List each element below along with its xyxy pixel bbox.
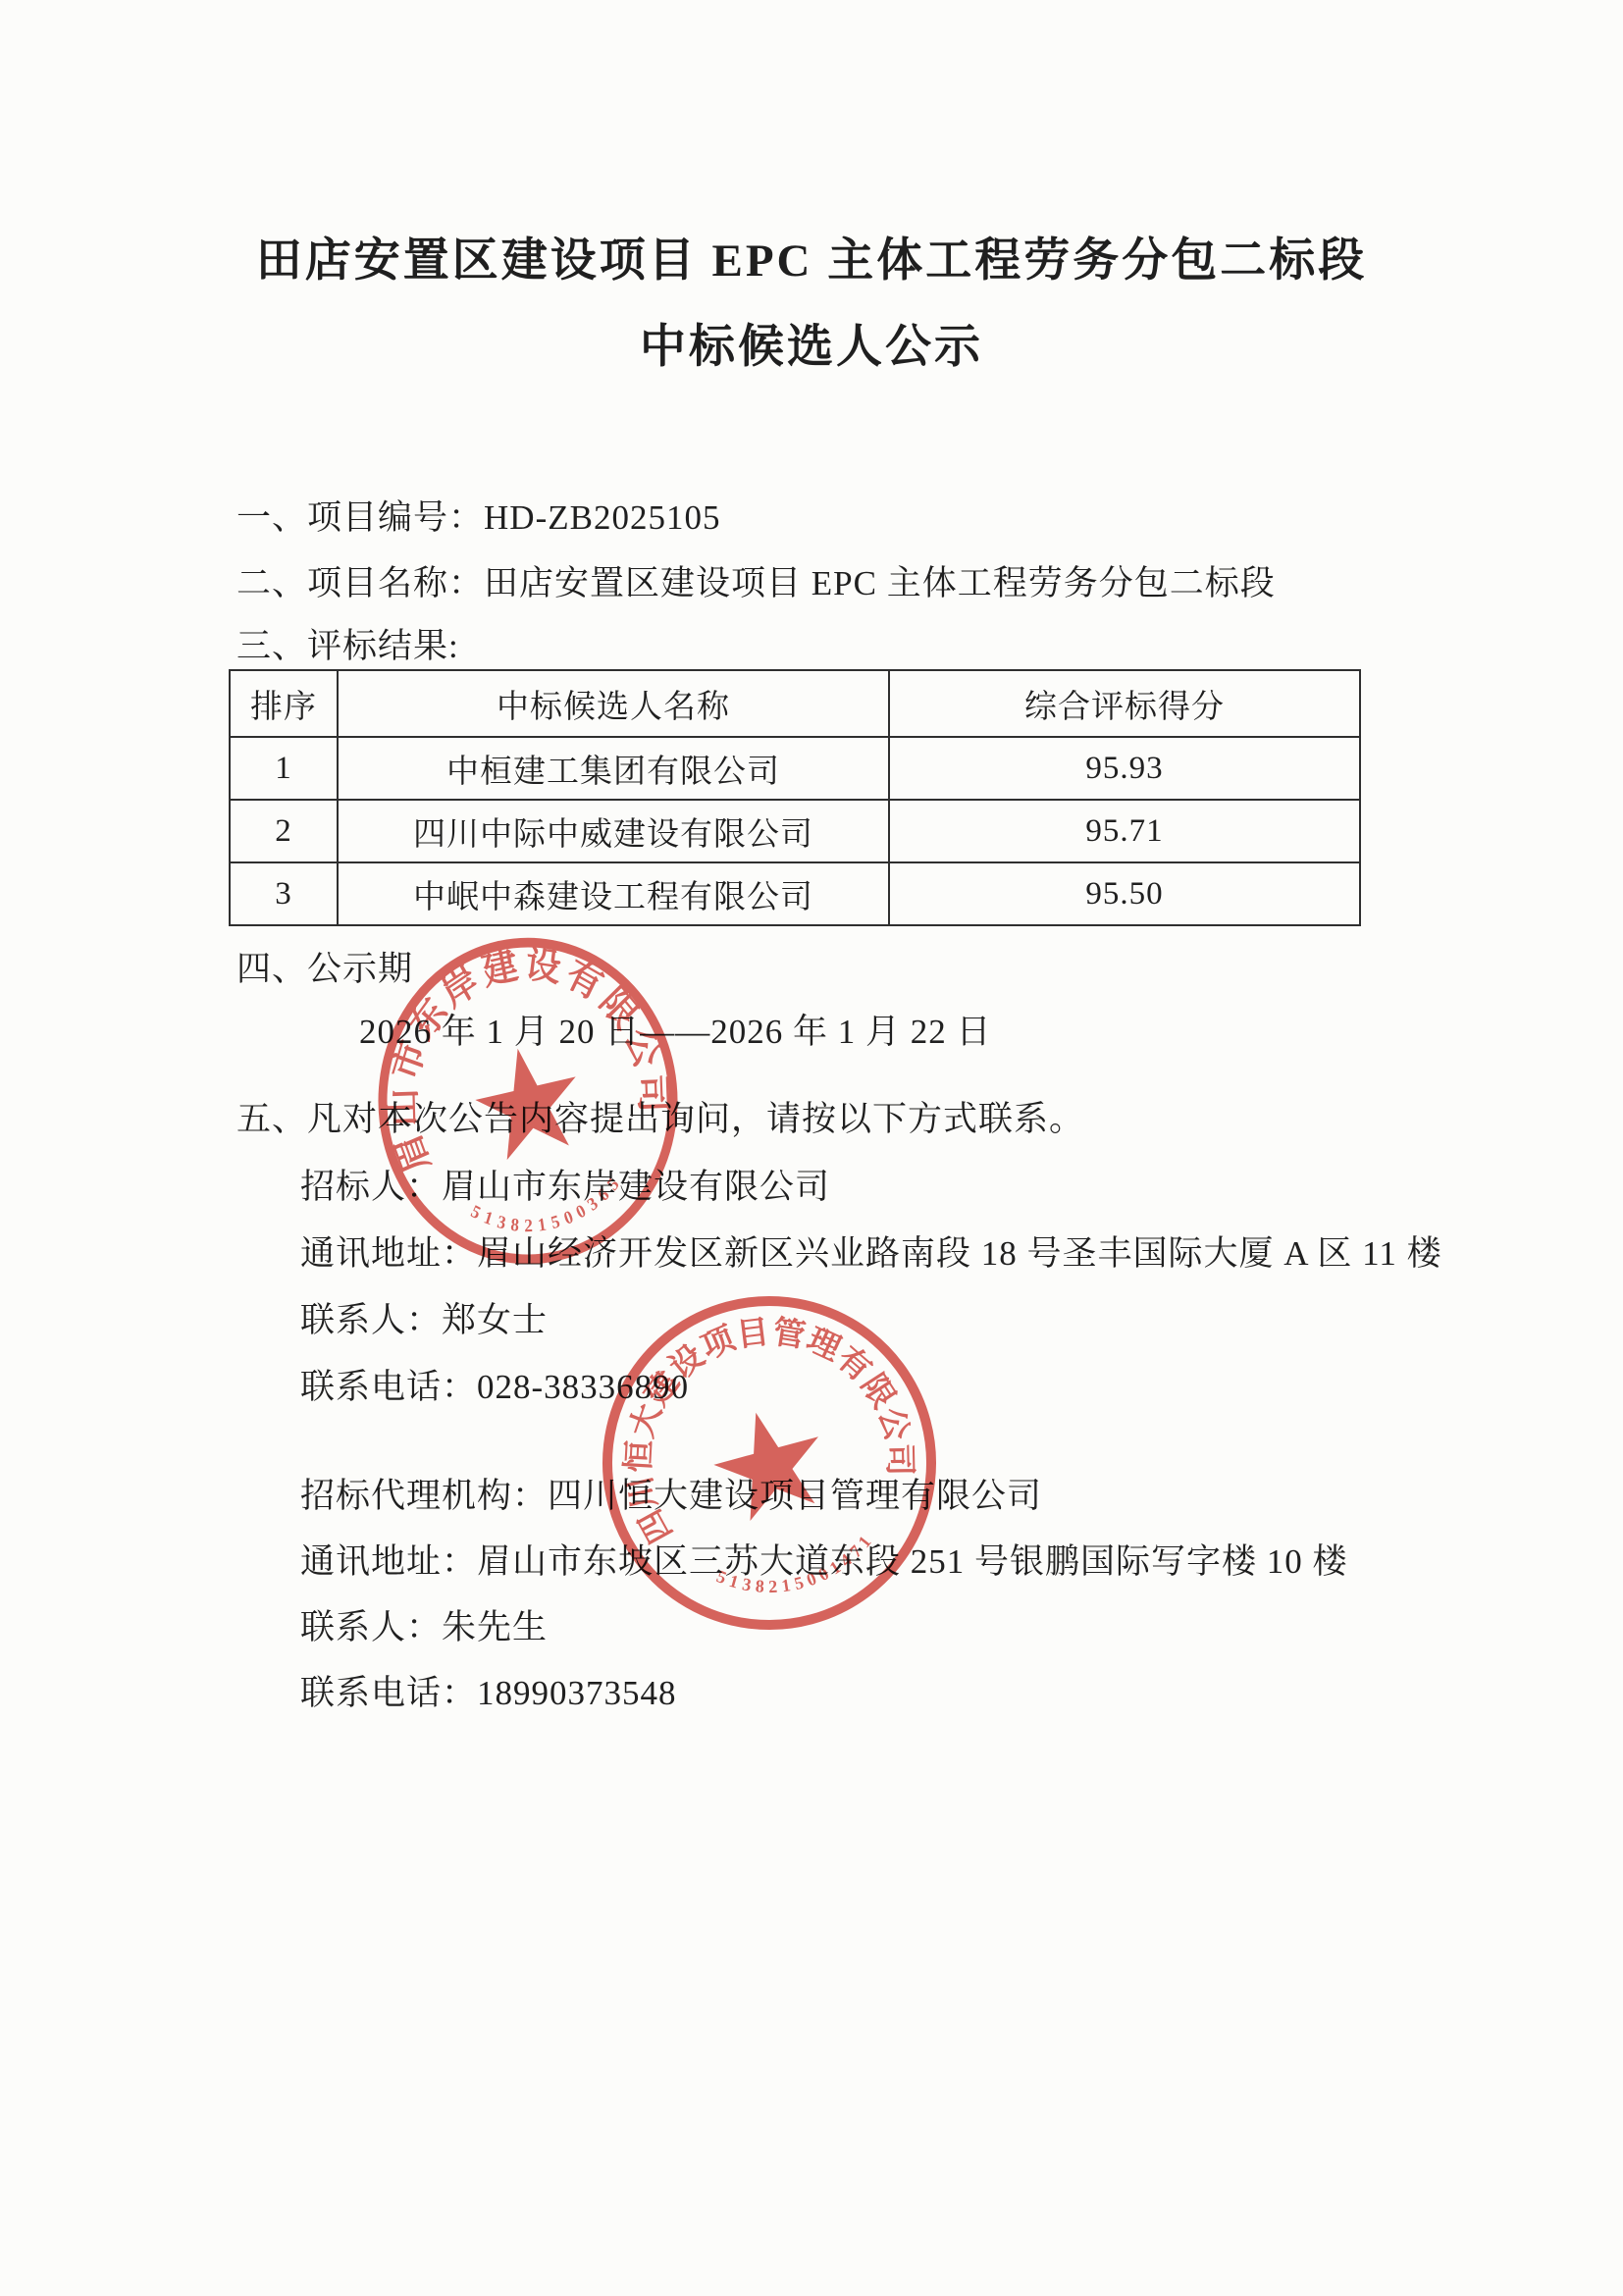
agency-contact-line: 联系人：朱先生 <box>300 1600 548 1649</box>
cell-name: 四川中际中威建设有限公司 <box>338 800 889 862</box>
eval-result-label: 三、评标结果: <box>236 627 459 665</box>
agency-address-line: 通讯地址：眉山市东坡区三苏大道东段 251 号银鹏国际写字楼 10 楼 <box>300 1535 1348 1584</box>
scanned-announcement-page: { "title": { "line1": "田店安置区建设项目 EPC 主体工… <box>0 0 1623 2296</box>
phone-label: 联系电话： <box>300 1674 477 1712</box>
cell-name: 中桓建工集团有限公司 <box>338 737 889 800</box>
address-value: 眉山经济开发区新区兴业路南段 18 号圣丰国际大厦 A 区 11 楼 <box>477 1234 1442 1273</box>
phone-value: 18990373548 <box>477 1674 677 1712</box>
publicity-period-dates: 2026 年 1 月 20 日——2026 年 1 月 22 日 <box>359 1005 992 1054</box>
page-title-line2: 中标候选人公示 <box>0 310 1623 376</box>
cell-score: 95.71 <box>889 800 1360 862</box>
address-value: 眉山市东坡区三苏大道东段 251 号银鹏国际写字楼 10 楼 <box>477 1542 1348 1581</box>
tenderer-value: 眉山市东岸建设有限公司 <box>442 1168 830 1206</box>
agency-phone-line: 联系电话：18990373548 <box>300 1666 677 1715</box>
contact-label: 联系人： <box>300 1301 442 1339</box>
project-number-line: 一、项目编号：HD-ZB2025105 <box>236 491 720 540</box>
agency-line: 招标代理机构：四川恒大建设项目管理有限公司 <box>300 1469 1042 1518</box>
table-row: 2 四川中际中威建设有限公司 95.71 <box>230 800 1360 862</box>
table-row: 1 中桓建工集团有限公司 95.93 <box>230 737 1360 800</box>
project-number-value: HD-ZB2025105 <box>484 498 720 537</box>
tenderer-label: 招标人： <box>300 1168 442 1206</box>
official-seal-agency: 四川恒大建设项目管理有限公司 5138215001471 <box>540 1229 999 1696</box>
cell-name: 中岷中森建设工程有限公司 <box>338 862 889 925</box>
phone-value: 028-38336890 <box>477 1368 689 1406</box>
eval-result-line: 三、评标结果: <box>236 619 459 668</box>
table-row: 3 中岷中森建设工程有限公司 95.50 <box>230 862 1360 925</box>
page-title-line1: 田店安置区建设项目 EPC 主体工程劳务分包二标段 <box>0 224 1623 289</box>
col-header-name: 中标候选人名称 <box>338 670 889 737</box>
contact-value: 朱先生 <box>442 1608 548 1646</box>
project-name-label: 二、项目名称： <box>236 564 484 602</box>
tenderer-phone-line: 联系电话：028-38336890 <box>300 1360 689 1409</box>
contact-value: 郑女士 <box>442 1301 548 1339</box>
cell-rank: 3 <box>230 862 338 925</box>
cell-rank: 2 <box>230 800 338 862</box>
tenderer-address-line: 通讯地址：眉山经济开发区新区兴业路南段 18 号圣丰国际大厦 A 区 11 楼 <box>300 1226 1442 1276</box>
project-name-line: 二、项目名称：田店安置区建设项目 EPC 主体工程劳务分包二标段 <box>236 556 1276 605</box>
project-number-label: 一、项目编号： <box>236 498 484 537</box>
tenderer-line: 招标人：眉山市东岸建设有限公司 <box>300 1160 830 1209</box>
agency-label: 招标代理机构： <box>300 1477 548 1515</box>
project-name-value: 田店安置区建设项目 EPC 主体工程劳务分包二标段 <box>484 564 1276 602</box>
address-label: 通讯地址： <box>300 1542 477 1581</box>
agency-value: 四川恒大建设项目管理有限公司 <box>548 1477 1042 1515</box>
inquiry-intro-line: 五、凡对本次公告内容提出询问，请按以下方式联系。 <box>236 1092 1084 1141</box>
evaluation-table: 排序 中标候选人名称 综合评标得分 1 中桓建工集团有限公司 95.93 2 四… <box>229 669 1361 926</box>
cell-score: 95.50 <box>889 862 1360 925</box>
col-header-score: 综合评标得分 <box>889 670 1360 737</box>
cell-score: 95.93 <box>889 737 1360 800</box>
contact-label: 联系人： <box>300 1608 442 1646</box>
tenderer-contact-line: 联系人：郑女士 <box>300 1293 548 1342</box>
cell-rank: 1 <box>230 737 338 800</box>
table-header-row: 排序 中标候选人名称 综合评标得分 <box>230 670 1360 737</box>
publicity-period-label: 四、公示期 <box>236 942 413 991</box>
address-label: 通讯地址： <box>300 1234 477 1273</box>
col-header-rank: 排序 <box>230 670 338 737</box>
phone-label: 联系电话： <box>300 1368 477 1406</box>
seal-graphic: 四川恒大建设项目管理有限公司 5138215001471 <box>540 1229 999 1696</box>
